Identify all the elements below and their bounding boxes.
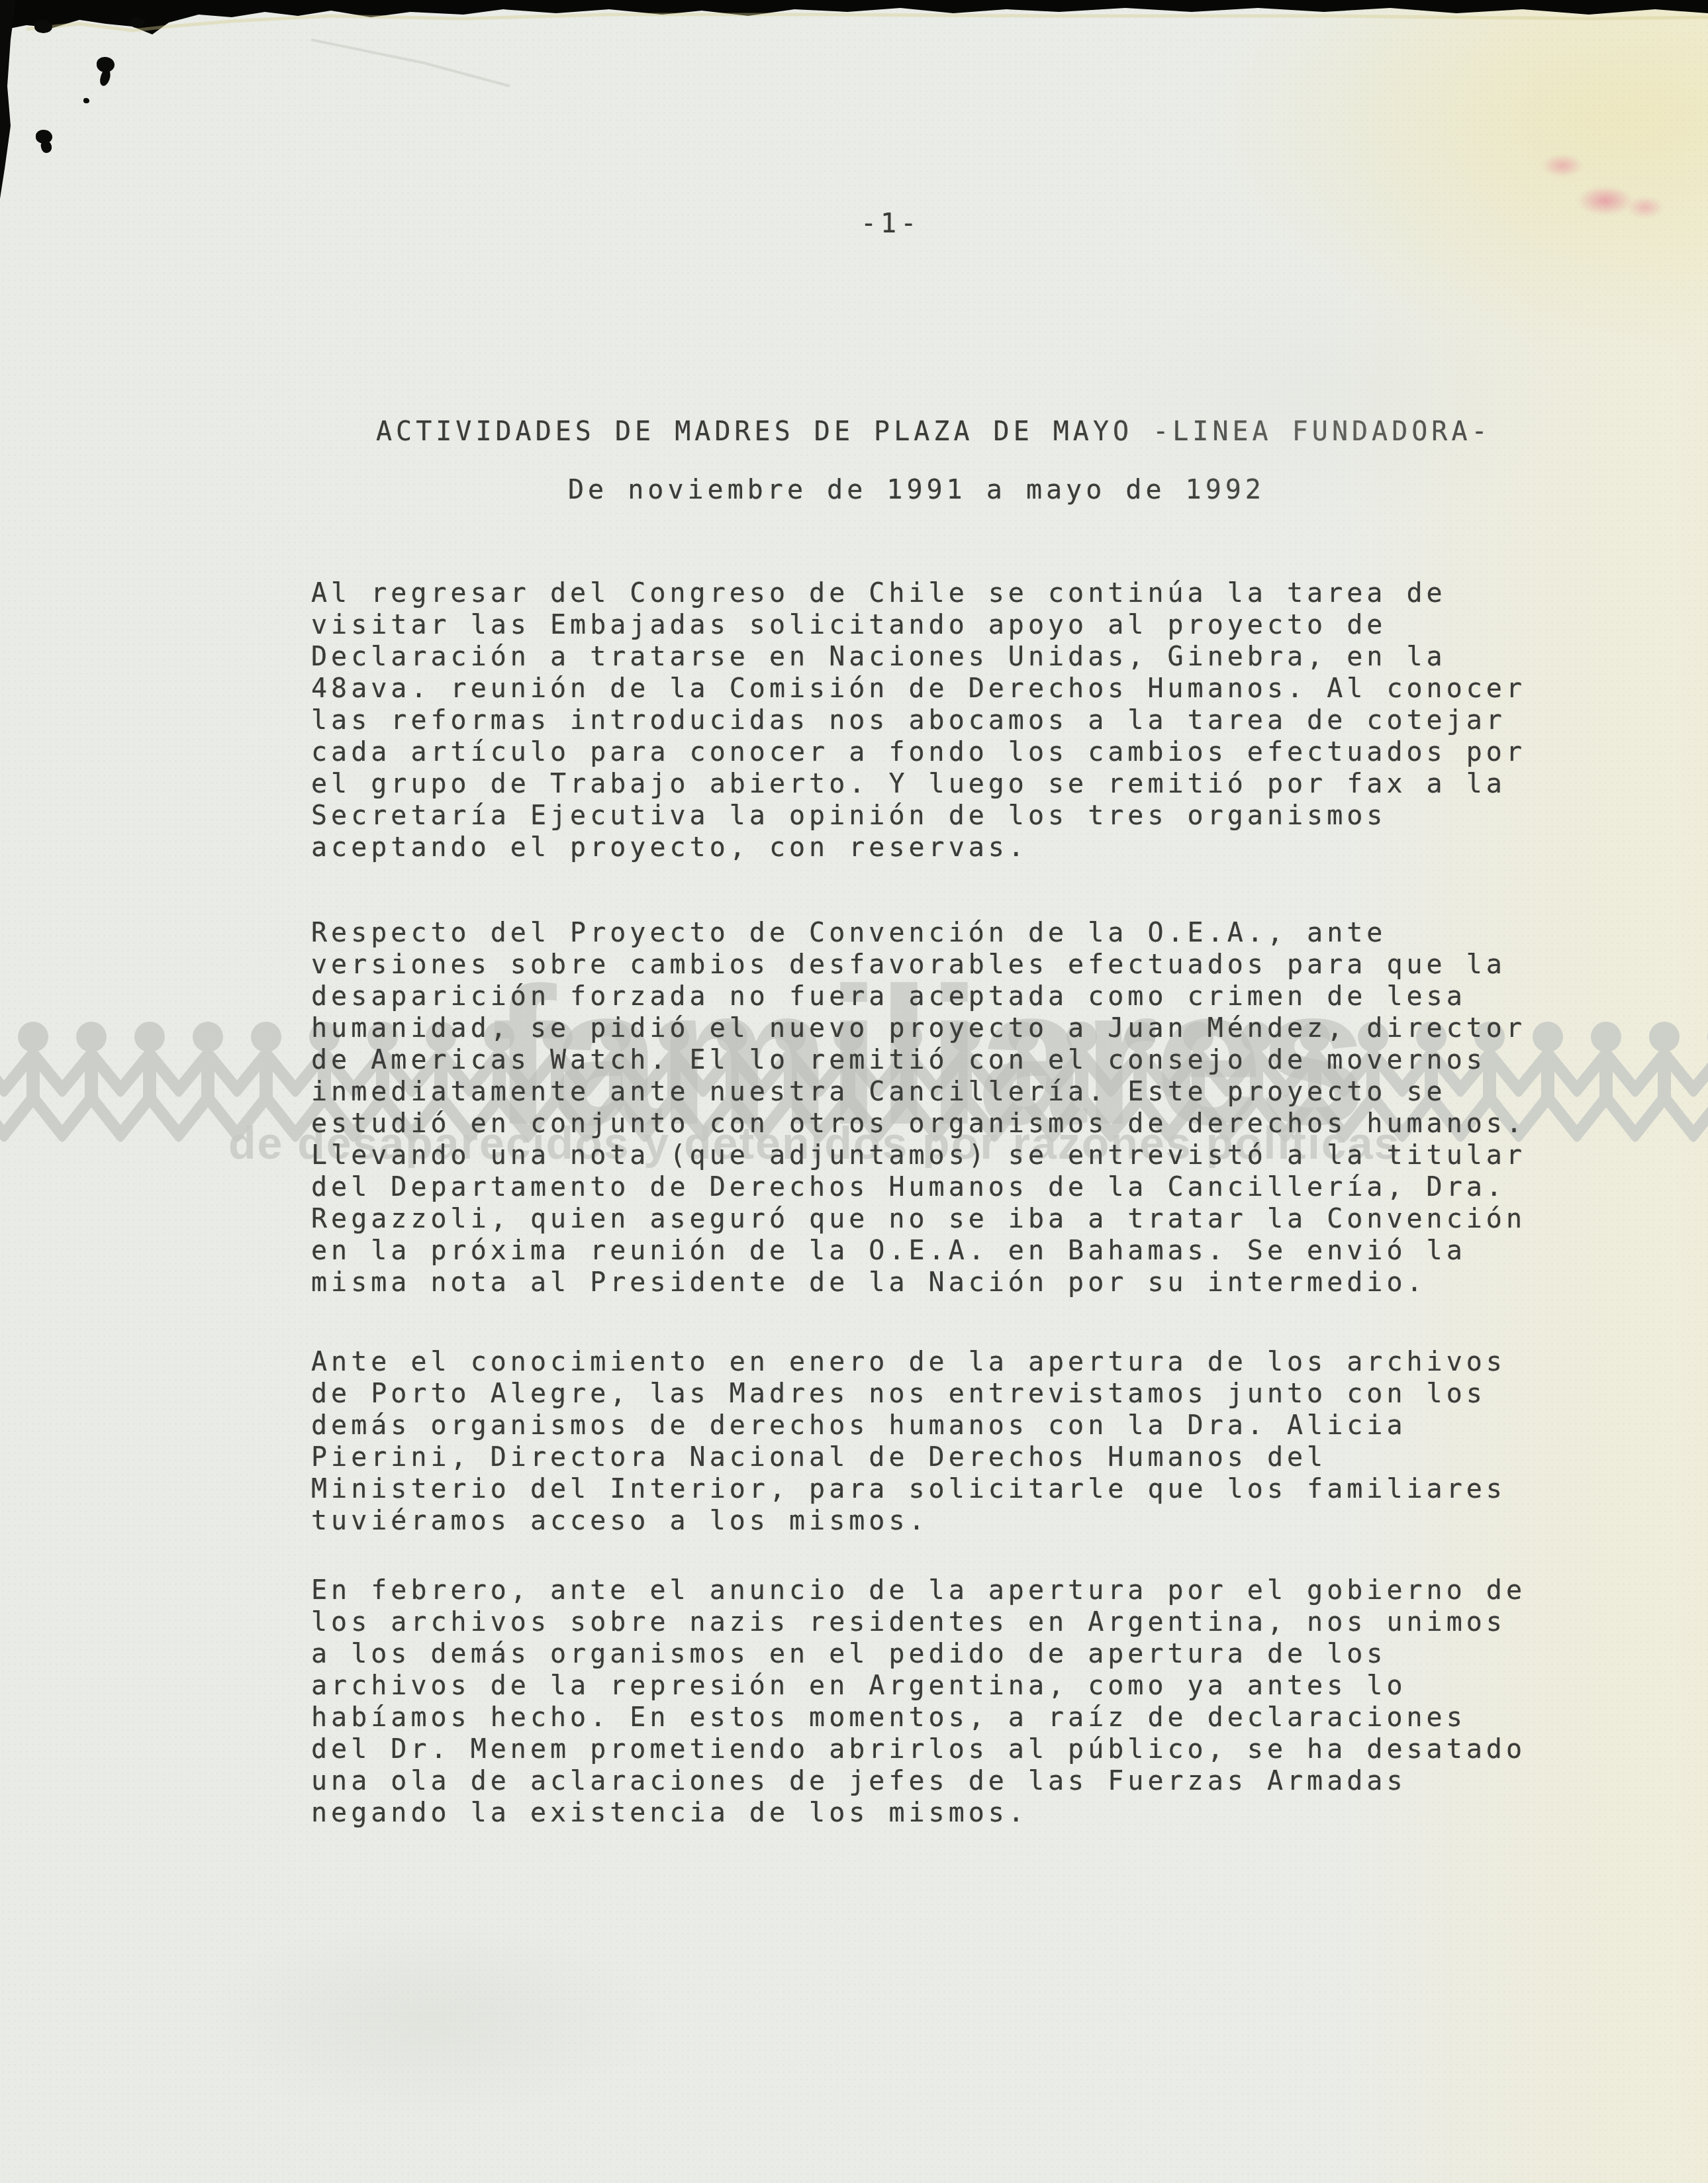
paragraph-4: En febrero, ante el anuncio de la apertu…	[311, 1575, 1526, 1829]
pink-stain	[1516, 149, 1688, 235]
ink-speck	[36, 130, 52, 144]
document-title: ACTIVIDADES DE MADRES DE PLAZA DE MAYO -…	[376, 416, 1492, 448]
ink-speck	[40, 140, 53, 154]
scanned-document-page: familiares de desaparecidos y detenidos …	[0, 0, 1708, 2183]
paragraph-1: Al regresar del Congreso de Chile se con…	[311, 577, 1526, 863]
ink-speck	[130, 17, 145, 28]
ink-speck	[83, 98, 89, 103]
document-subtitle: De noviembre de 1991 a mayo de 1992	[568, 474, 1265, 506]
ink-speck	[34, 20, 52, 33]
paper-blotch	[199, 1920, 662, 2119]
ink-speck	[97, 57, 115, 72]
paragraph-2: Respecto del Proyecto de Convención de l…	[311, 917, 1526, 1298]
paragraph-3: Ante el conocimiento en enero de la aper…	[311, 1346, 1506, 1537]
ink-speck	[98, 68, 112, 87]
torn-paper-edge	[0, 0, 1708, 212]
page-number: -1-	[861, 208, 920, 240]
